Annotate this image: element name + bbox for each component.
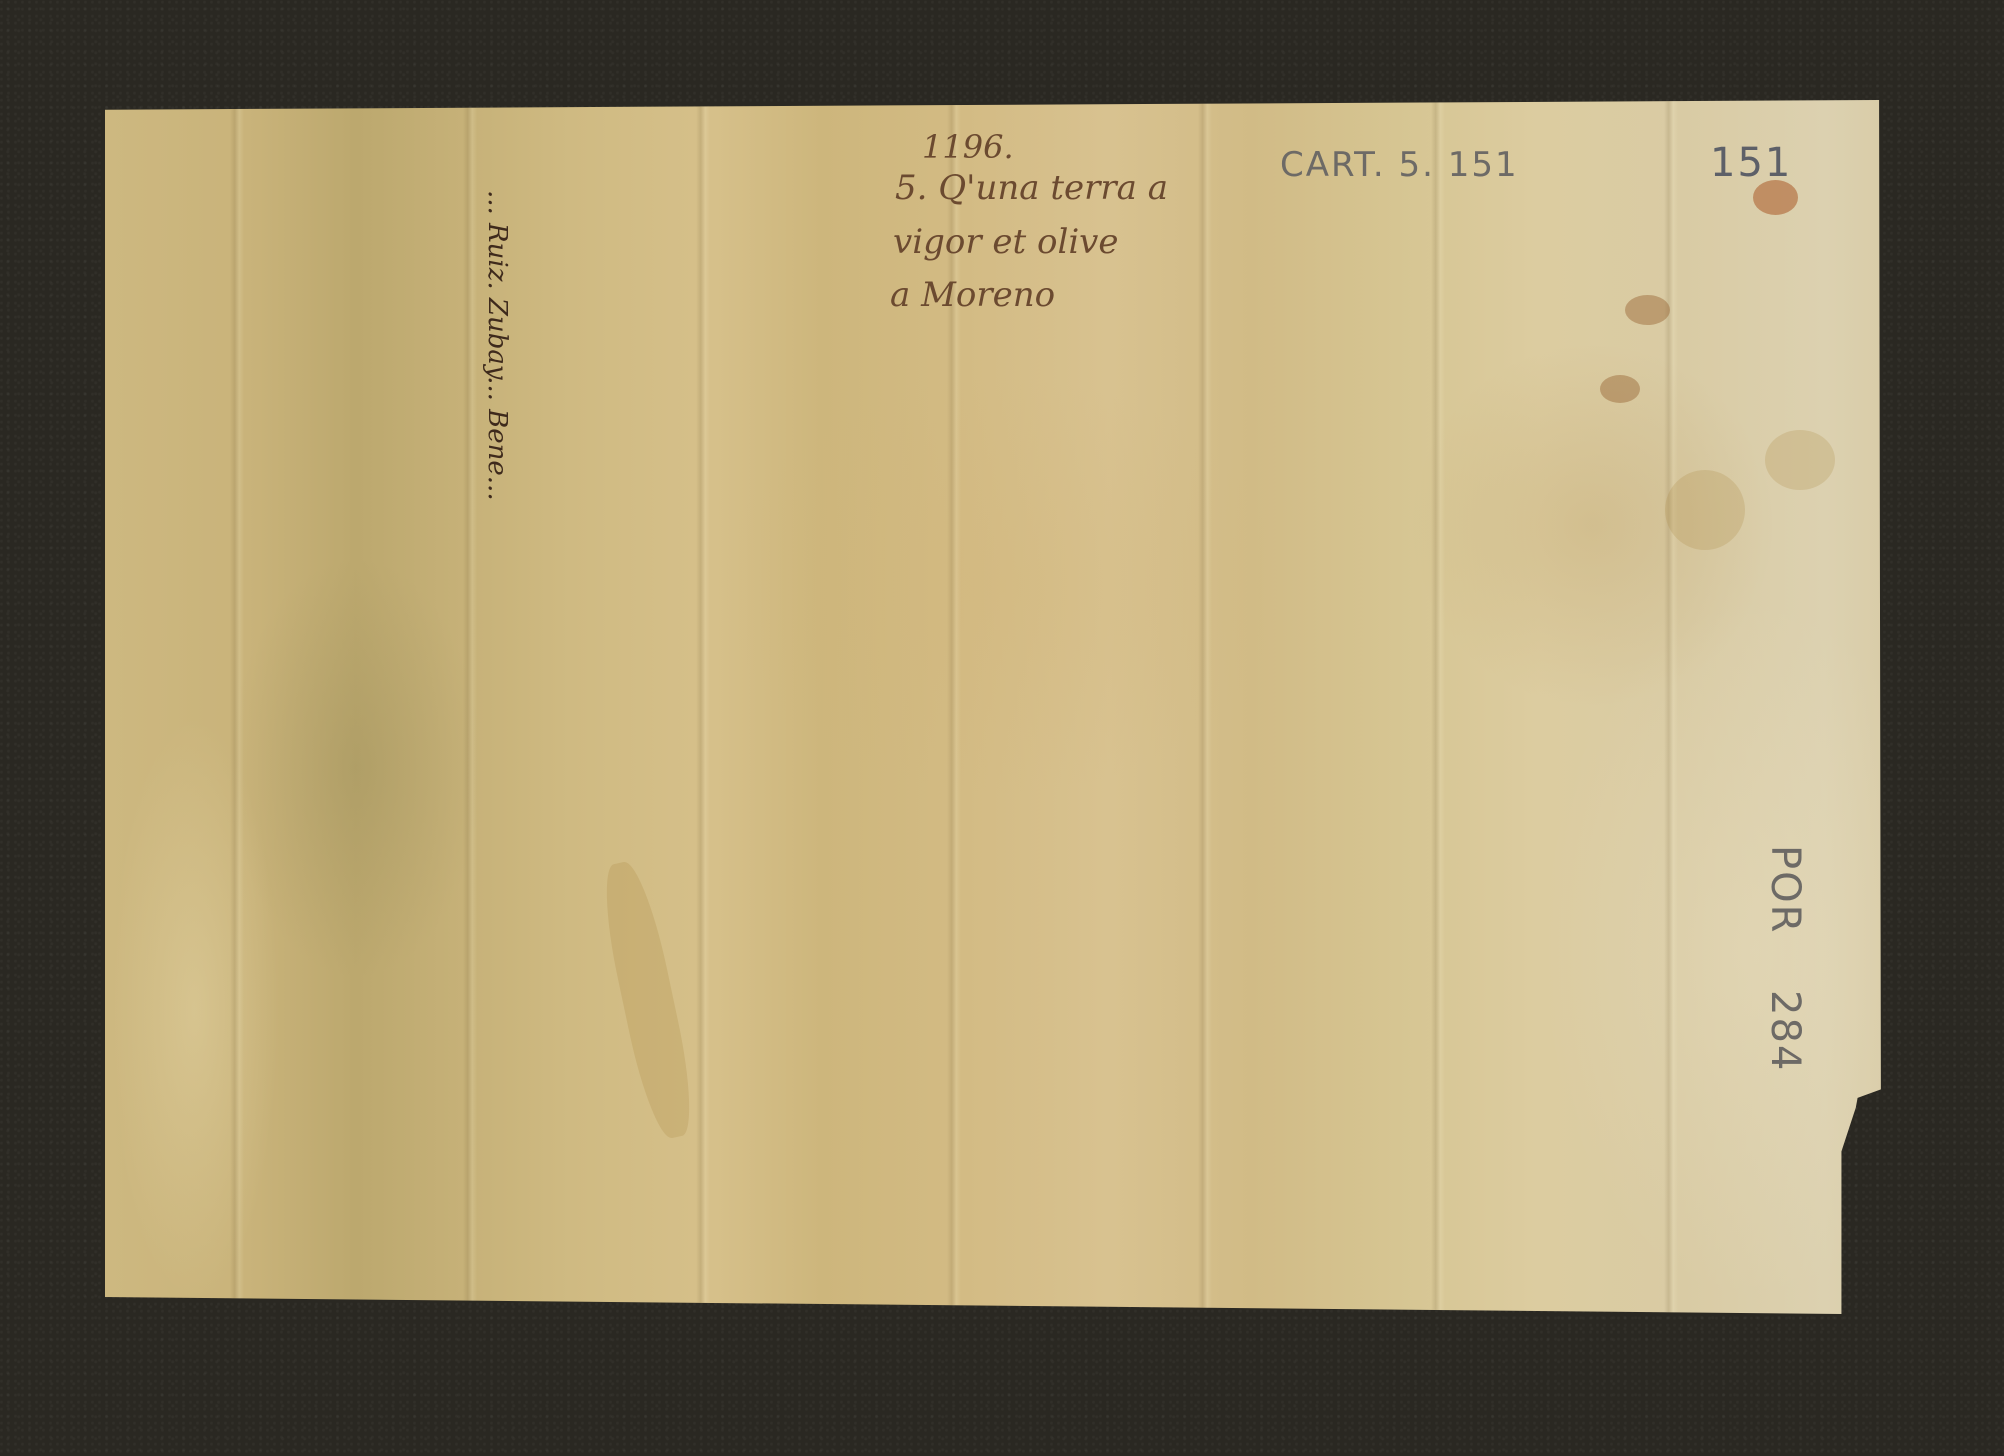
- summary-line-2: vigor et olive: [893, 222, 1119, 262]
- fold-line: [230, 100, 244, 1314]
- summary-line-1: 5. Q'una terra a: [895, 168, 1168, 208]
- shelf-mark-prefix: POR: [1762, 845, 1808, 934]
- vertical-dorsal-note: ... Ruiz. Zubay... Bene...: [482, 190, 512, 501]
- fold-line: [1198, 100, 1212, 1314]
- stain: [1665, 470, 1745, 550]
- summary-line-3: a Moreno: [890, 275, 1055, 315]
- fold-line: [1664, 100, 1678, 1314]
- document-scan: 1196. 5. Q'una terra a vigor et olive a …: [0, 0, 2004, 1456]
- ink-stain: [1625, 295, 1670, 325]
- folio-number: 151: [1710, 140, 1792, 186]
- stain: [1765, 430, 1835, 490]
- fold-line: [696, 100, 710, 1314]
- ink-stain: [1600, 375, 1640, 403]
- shelf-mark-number: 284: [1762, 990, 1808, 1072]
- archive-reference: CART. 5. 151: [1280, 145, 1519, 185]
- fold-line: [463, 100, 477, 1314]
- fold-line: [1431, 100, 1445, 1314]
- year-annotation: 1196.: [922, 128, 1014, 166]
- water-stain: [594, 858, 701, 1142]
